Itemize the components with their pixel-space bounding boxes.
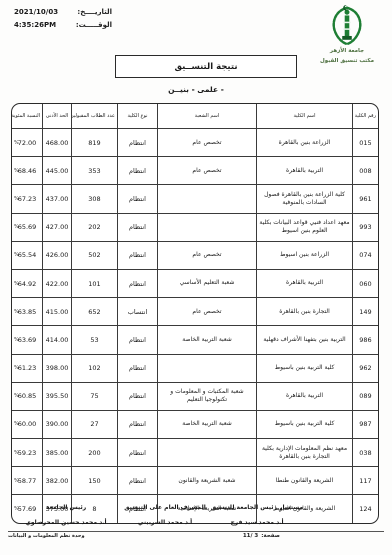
col-header-students: عدد الطلاب المقبولين <box>71 104 117 129</box>
cell-college-type: انتظام <box>117 129 157 157</box>
table-row: 089 التربية بالقاهرة شعبة المكتبات و الم… <box>12 383 378 411</box>
cell-college-type: انتظام <box>117 157 157 185</box>
results-table-frame: رقم الكلية اسم الكلية اسم الشعبة نوع الك… <box>11 103 379 524</box>
report-title: نتيجة التنســيق <box>175 62 238 72</box>
report-subtitle: - علمى - بنيــن <box>0 85 392 94</box>
university-name: جامعة الأزهر <box>316 46 378 56</box>
cell-minimum-score: 395.50 <box>42 383 71 411</box>
cell-college-name: كلية الزراعة بنين بالقاهرة فصول السادات … <box>256 185 352 213</box>
cell-minimum-score: 382.00 <box>42 467 71 495</box>
signature-supervisor: المشرف العام على التنسيق أ.د محمد الشربي… <box>122 504 208 526</box>
date-row: التاريــــخ: 2021/10/03 <box>14 8 112 16</box>
org-block: جامعة الأزهر مكتب تنسيق القبول <box>316 4 378 67</box>
footer-divider <box>8 531 384 532</box>
cell-college-code: 089 <box>352 383 378 411</box>
page-number: 11/ 3 <box>243 533 258 539</box>
cell-percentage: 61.23 % <box>12 355 42 383</box>
cell-minimum-score: 426.00 <box>42 242 71 270</box>
cell-college-code: 015 <box>352 129 378 157</box>
percent-sign: % <box>14 140 19 146</box>
signature-advisor: مستشار رئيس الجامعة للتنسيق أ.د محمد سيد… <box>203 504 311 526</box>
signature-name: أ.د محمد الشربيني <box>122 519 208 526</box>
cell-college-code: 993 <box>352 214 378 242</box>
cell-division-name: شعبة الشريعة والقانون <box>157 467 256 495</box>
time-label: الوقـــــت: <box>76 21 112 29</box>
cell-minimum-score: 468.00 <box>42 129 71 157</box>
cell-percentage: 65.54 % <box>12 242 42 270</box>
cell-minimum-score: 390.00 <box>42 411 71 439</box>
cell-minimum-score: 398.00 <box>42 355 71 383</box>
cell-college-name: التربية بالقاهرة <box>256 383 352 411</box>
percentage-value: 58.77 <box>18 477 37 485</box>
cell-minimum-score: 414.00 <box>42 326 71 354</box>
cell-division-name <box>157 185 256 213</box>
percentage-value: 67.23 <box>18 195 37 203</box>
signature-title: مستشار رئيس الجامعة للتنسيق <box>203 504 311 511</box>
cell-college-name: الشريعة والقانون طنطا <box>256 467 352 495</box>
cell-percentage: 64.92 % <box>12 270 42 298</box>
cell-students-count: 150 <box>71 467 117 495</box>
percent-sign: % <box>14 168 19 174</box>
cell-division-name: تخصص عام <box>157 242 256 270</box>
cell-college-type: انتظام <box>117 411 157 439</box>
percentage-value: 63.85 <box>18 308 37 316</box>
time-value: 4:35:26PM <box>14 21 56 29</box>
page-indicator: صفحة: 11/ 3 <box>243 533 280 539</box>
table-row: 987 كلية التربية بنين باسيوط شعبة التربي… <box>12 411 378 439</box>
cell-college-type: انتظام <box>117 326 157 354</box>
cell-division-name: شعبة التعليم الأساسي <box>157 270 256 298</box>
cell-college-code: 987 <box>352 411 378 439</box>
cell-division-name <box>157 355 256 383</box>
col-header-minimum: الحد الأدنى <box>42 104 71 129</box>
cell-college-type: انتظام <box>117 439 157 467</box>
percentage-value: 65.54 <box>18 251 37 259</box>
cell-college-name: التربية بالقاهرة <box>256 157 352 185</box>
table-row: 961 كلية الزراعة بنين بالقاهرة فصول السا… <box>12 185 378 213</box>
cell-students-count: 502 <box>71 242 117 270</box>
signature-name: أ.د محمد سيد فرج <box>203 519 311 526</box>
percentage-value: 63.69 <box>18 336 37 344</box>
percent-sign: % <box>14 450 19 456</box>
cell-college-code: 060 <box>352 270 378 298</box>
header-row: رقم الكلية اسم الكلية اسم الشعبة نوع الك… <box>12 104 378 129</box>
cell-students-count: 101 <box>71 270 117 298</box>
col-header-type: نوع الكلية <box>117 104 157 129</box>
table-row: 008 التربية بالقاهرة تخصص عام انتظام 353… <box>12 157 378 185</box>
percent-sign: % <box>14 252 19 258</box>
cell-minimum-score: 427.00 <box>42 214 71 242</box>
cell-division-name <box>157 214 256 242</box>
percent-sign: % <box>14 337 19 343</box>
cell-college-name: معهد نظم المعلومات الإدارية بكلية التجار… <box>256 439 352 467</box>
percent-sign: % <box>14 393 19 399</box>
table-row: 060 التربية بالقاهرة شعبة التعليم الأساس… <box>12 270 378 298</box>
percentage-value: 68.46 <box>18 167 37 175</box>
cell-college-type: انتساب <box>117 298 157 326</box>
cell-college-type: انتظام <box>117 242 157 270</box>
cell-division-name: شعبة المكتبات و المعلومات و تكنولوجيا ال… <box>157 383 256 411</box>
cell-college-name: معهد اعداد فنيي قواعد البيانات بكلية الع… <box>256 214 352 242</box>
percent-sign: % <box>14 506 19 512</box>
table-row: 993 معهد اعداد فنيي قواعد البيانات بكلية… <box>12 214 378 242</box>
cell-percentage: 63.85 % <box>12 298 42 326</box>
percentage-value: 60.85 <box>18 392 37 400</box>
cell-college-code: 986 <box>352 326 378 354</box>
cell-college-type: انتظام <box>117 467 157 495</box>
cell-college-name: التربية بنين بتفهنا الأشراف دقهلية <box>256 326 352 354</box>
percentage-value: 64.92 <box>18 280 37 288</box>
cell-students-count: 353 <box>71 157 117 185</box>
cell-college-name: كلية التربية بنين باسيوط <box>256 355 352 383</box>
cell-students-count: 202 <box>71 214 117 242</box>
cell-percentage: 59.23 % <box>12 439 42 467</box>
cell-students-count: 819 <box>71 129 117 157</box>
table-row: 962 كلية التربية بنين باسيوط انتظام 102 … <box>12 355 378 383</box>
cell-division-name <box>157 439 256 467</box>
col-header-code: رقم الكلية <box>352 104 378 129</box>
cell-college-code: 117 <box>352 467 378 495</box>
cell-college-name: التربية بالقاهرة <box>256 270 352 298</box>
table-row: 038 معهد نظم المعلومات الإدارية بكلية ال… <box>12 439 378 467</box>
results-table-head: رقم الكلية اسم الكلية اسم الشعبة نوع الك… <box>12 104 378 129</box>
page-label: صفحة: <box>261 533 280 539</box>
cell-college-code: 149 <box>352 298 378 326</box>
cell-college-code: 961 <box>352 185 378 213</box>
date-label: التاريــــخ: <box>77 8 112 16</box>
al-azhar-university-logo-icon <box>316 4 378 46</box>
cell-minimum-score: 422.00 <box>42 270 71 298</box>
col-header-college: اسم الكلية <box>256 104 352 129</box>
cell-minimum-score: 437.00 <box>42 185 71 213</box>
table-row: 015 الزراعة بنين بالقاهرة تخصص عام انتظا… <box>12 129 378 157</box>
report-title-box: نتيجة التنســيق <box>115 55 297 78</box>
cell-minimum-score: 445.00 <box>42 157 71 185</box>
cell-students-count: 75 <box>71 383 117 411</box>
cell-percentage: 68.46 % <box>12 157 42 185</box>
cell-college-type: انتظام <box>117 185 157 213</box>
col-header-percentage: النسبة المئوية <box>12 104 42 129</box>
table-row: 986 التربية بنين بتفهنا الأشراف دقهلية ش… <box>12 326 378 354</box>
cell-college-type: انتظام <box>117 355 157 383</box>
percent-sign: % <box>14 478 19 484</box>
cell-students-count: 652 <box>71 298 117 326</box>
cell-college-code: 962 <box>352 355 378 383</box>
cell-college-type: انتظام <box>117 383 157 411</box>
cell-division-name: شعبة التربية الخاصة <box>157 326 256 354</box>
footer-row: صفحة: 11/ 3 وحدة نظم المعلومات و البيانا… <box>8 533 384 539</box>
cell-percentage: 67.23 % <box>12 185 42 213</box>
signature-title: المشرف العام على التنسيق <box>122 504 208 511</box>
cell-college-name: الزراعة بنين اسيوط <box>256 242 352 270</box>
cell-minimum-score: 385.00 <box>42 439 71 467</box>
cell-college-code: 038 <box>352 439 378 467</box>
cell-students-count: 200 <box>71 439 117 467</box>
document-page: { "meta": { "date_label": "التاريــــخ:"… <box>0 0 392 555</box>
cell-college-name: الزراعة بنين بالقاهرة <box>256 129 352 157</box>
cell-division-name: تخصص عام <box>157 157 256 185</box>
office-name: مكتب تنسيق القبول <box>316 56 378 66</box>
cell-students-count: 102 <box>71 355 117 383</box>
cell-division-name: تخصص عام <box>157 298 256 326</box>
datetime-block: التاريــــخ: 2021/10/03 الوقـــــت: 4:35… <box>14 8 112 34</box>
date-value: 2021/10/03 <box>14 8 58 16</box>
percent-sign: % <box>14 365 19 371</box>
table-row: 117 الشريعة والقانون طنطا شعبة الشريعة و… <box>12 467 378 495</box>
cell-division-name: شعبة التربية الخاصة <box>157 411 256 439</box>
cell-college-name: كلية التربية بنين باسيوط <box>256 411 352 439</box>
percentage-value: 61.23 <box>18 364 37 372</box>
cell-college-type: انتظام <box>117 270 157 298</box>
signature-title: رئيس الجامعة <box>20 504 112 511</box>
percent-sign: % <box>14 309 19 315</box>
cell-college-code: 074 <box>352 242 378 270</box>
cell-percentage: 72.00 % <box>12 129 42 157</box>
signature-name: أ.د محمد حسين المحرصاوي <box>20 519 112 526</box>
issuing-unit: وحدة نظم المعلومات و البيانات <box>8 533 85 539</box>
percent-sign: % <box>14 281 19 287</box>
cell-college-name: التجارة بنين بالقاهرة <box>256 298 352 326</box>
percent-sign: % <box>14 224 19 230</box>
table-row: 074 الزراعة بنين اسيوط تخصص عام انتظام 5… <box>12 242 378 270</box>
cell-percentage: 60.85 % <box>12 383 42 411</box>
percentage-value: 72.00 <box>18 139 37 147</box>
percentage-value: 60.00 <box>18 420 37 428</box>
percent-sign: % <box>14 196 19 202</box>
cell-percentage: 63.69 % <box>12 326 42 354</box>
cell-college-code: 008 <box>352 157 378 185</box>
results-table-body: 015 الزراعة بنين بالقاهرة تخصص عام انتظا… <box>12 129 378 523</box>
results-table: رقم الكلية اسم الكلية اسم الشعبة نوع الك… <box>12 104 378 523</box>
percentage-value: 65.69 <box>18 223 37 231</box>
percentage-value: 59.23 <box>18 449 37 457</box>
cell-percentage: 58.77 % <box>12 467 42 495</box>
cell-percentage: 65.69 % <box>12 214 42 242</box>
cell-percentage: 60.00 % <box>12 411 42 439</box>
cell-college-type: انتظام <box>117 214 157 242</box>
table-row: 149 التجارة بنين بالقاهرة تخصص عام انتسا… <box>12 298 378 326</box>
signature-president: رئيس الجامعة أ.د محمد حسين المحرصاوي <box>20 504 112 526</box>
cell-students-count: 53 <box>71 326 117 354</box>
percent-sign: % <box>14 421 19 427</box>
cell-students-count: 27 <box>71 411 117 439</box>
col-header-division: اسم الشعبة <box>157 104 256 129</box>
time-row: الوقـــــت: 4:35:26PM <box>14 21 112 29</box>
cell-minimum-score: 415.00 <box>42 298 71 326</box>
cell-division-name: تخصص عام <box>157 129 256 157</box>
cell-college-code: 124 <box>352 495 378 522</box>
cell-students-count: 308 <box>71 185 117 213</box>
